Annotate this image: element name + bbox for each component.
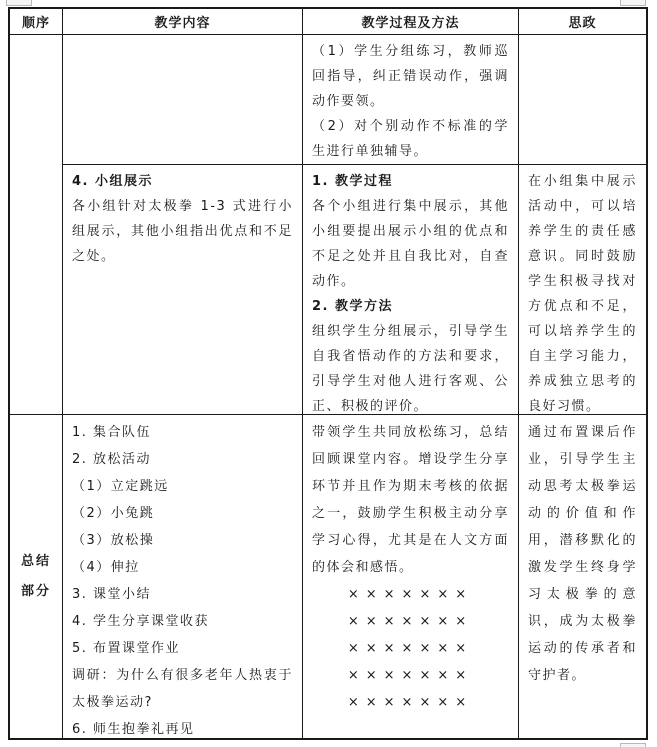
header-order: 顺序	[10, 9, 63, 35]
placeholder-line: ×××××××	[312, 662, 509, 689]
placeholder-line: ×××××××	[312, 689, 509, 716]
showcase-process-paragraph-2: 组织学生分组展示，引导学生自我省悟动作的方法和要求，引导学生对他人进行客观、公正…	[312, 319, 509, 415]
header-teaching-content-label: 教学内容	[154, 12, 210, 31]
table-handle-top-left	[6, 0, 32, 6]
table-handle-top-right	[620, 0, 646, 6]
header-ideology-label: 思政	[568, 12, 596, 31]
summary-list-item: （4）伸拉	[72, 554, 293, 581]
showcase-content-heading: 4. 小组展示	[72, 169, 293, 194]
summary-process-paragraph: 带领学生共同放松练习，总结回顾课堂内容。增设学生分享环节并且作为期末考核的依据之…	[312, 419, 509, 581]
header-ideology: 思政	[519, 9, 646, 35]
summary-list-item: （1）立定跳远	[72, 473, 293, 500]
header-order-label: 顺序	[22, 12, 50, 31]
summary-order-cell: 总结 部分	[10, 415, 63, 738]
placeholder-line: ×××××××	[312, 635, 509, 662]
showcase-process-cell: 1. 教学过程 各个小组进行集中展示，其他小组要提出展示小组的优点和不足之处并且…	[303, 165, 519, 415]
practice-content-cell-empty	[63, 35, 303, 165]
summary-list-item: 4. 学生分享课堂收获	[72, 608, 293, 635]
lesson-plan-table: 顺序 教学内容 教学过程及方法 思政 （1）学生分组练习，教师巡回指导，纠正错误…	[8, 7, 648, 740]
summary-list-item: （2）小兔跳	[72, 500, 293, 527]
showcase-process-heading-2: 2. 教学方法	[312, 294, 509, 319]
header-teaching-process: 教学过程及方法	[303, 9, 519, 35]
practice-process-cell: （1）学生分组练习，教师巡回指导，纠正错误动作，强调动作要领。 （2）对个别动作…	[303, 35, 519, 165]
summary-list-item: 5. 布置课堂作业	[72, 635, 293, 662]
table-handle-bottom-right	[620, 743, 646, 747]
order-cell-empty	[10, 35, 63, 415]
showcase-process-heading-1: 1. 教学过程	[312, 169, 509, 194]
summary-ideology-cell: 通过布置课后作业，引导学生主动思考太极拳运动的价值和作用，潜移默化的激发学生终身…	[519, 415, 646, 738]
summary-process-cell: 带领学生共同放松练习，总结回顾课堂内容。增设学生分享环节并且作为期末考核的依据之…	[303, 415, 519, 738]
summary-order-line-1: 总结	[21, 547, 51, 577]
summary-ideology-paragraph: 通过布置课后作业，引导学生主动思考太极拳运动的价值和作用，潜移默化的激发学生终身…	[528, 419, 637, 689]
showcase-content-cell: 4. 小组展示 各小组针对太极拳 1-3 式进行小组展示，其他小组指出优点和不足…	[63, 165, 303, 415]
showcase-ideology-paragraph: 在小组集中展示活动中，可以培养学生的责任感意识。同时鼓励学生积极寻找对方优点和不…	[528, 169, 637, 415]
placeholder-line: ×××××××	[312, 581, 509, 608]
summary-content-cell: 1. 集合队伍 2. 放松活动 （1）立定跳远 （2）小兔跳 （3）放松操 （4…	[63, 415, 303, 738]
lesson-plan-page: 顺序 教学内容 教学过程及方法 思政 （1）学生分组练习，教师巡回指导，纠正错误…	[0, 0, 657, 747]
showcase-content-body: 各小组针对太极拳 1-3 式进行小组展示，其他小组指出优点和不足之处。	[72, 194, 293, 269]
summary-list-item: 3. 课堂小结	[72, 581, 293, 608]
showcase-ideology-cell: 在小组集中展示活动中，可以培养学生的责任感意识。同时鼓励学生积极寻找对方优点和不…	[519, 165, 646, 415]
practice-process-paragraph-1: （1）学生分组练习，教师巡回指导，纠正错误动作，强调动作要领。	[312, 39, 509, 114]
summary-list-item: 调研：为什么有很多老年人热衷于太极拳运动?	[72, 662, 293, 716]
summary-list-item: （3）放松操	[72, 527, 293, 554]
placeholder-line: ×××××××	[312, 608, 509, 635]
header-teaching-process-label: 教学过程及方法	[361, 12, 459, 31]
showcase-process-paragraph-1: 各个小组进行集中展示，其他小组要提出展示小组的优点和不足之处并且自我比对，自查动…	[312, 194, 509, 294]
summary-list-item: 2. 放松活动	[72, 446, 293, 473]
summary-order-line-2: 部分	[21, 577, 51, 607]
header-teaching-content: 教学内容	[63, 9, 303, 35]
summary-list-item: 1. 集合队伍	[72, 419, 293, 446]
practice-process-paragraph-2: （2）对个别动作不标准的学生进行单独辅导。	[312, 114, 509, 164]
practice-ideology-cell-empty	[519, 35, 646, 165]
summary-list-item: 6. 师生抱拳礼再见	[72, 716, 293, 738]
